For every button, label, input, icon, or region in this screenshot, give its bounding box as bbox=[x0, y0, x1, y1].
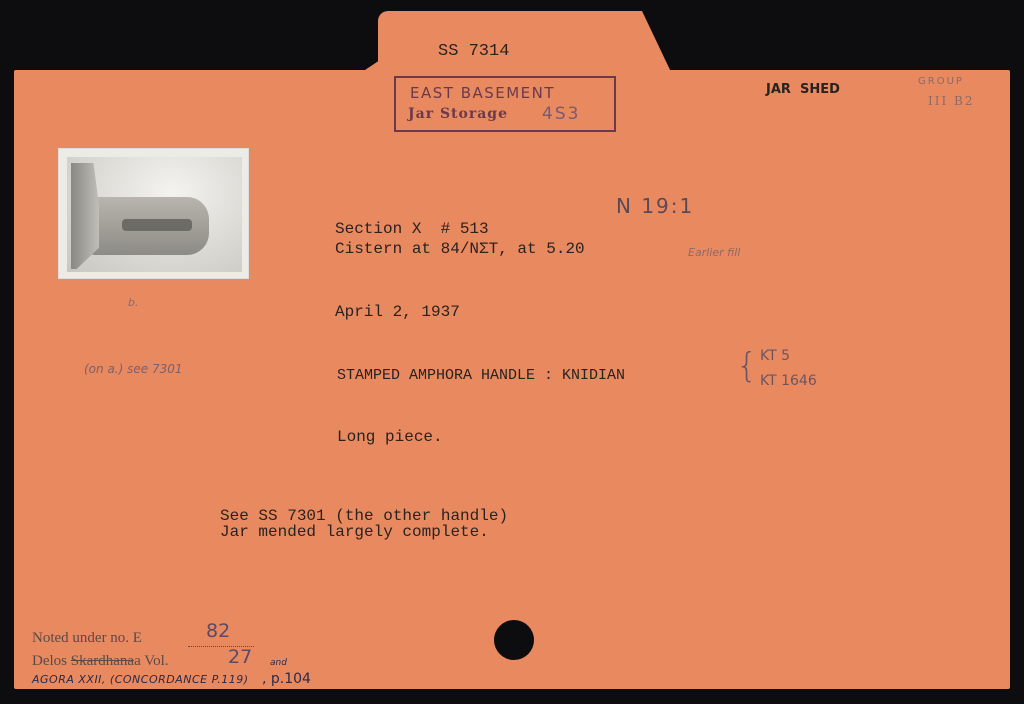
catalog-number: SS 7314 bbox=[438, 42, 509, 61]
note-long-piece: Long piece. bbox=[337, 428, 443, 446]
date-line: April 2, 1937 bbox=[335, 303, 460, 321]
stamp-storage: Jar Storage bbox=[408, 106, 508, 122]
vol-value: 27 bbox=[228, 646, 252, 668]
agora-page: , p.104 bbox=[262, 671, 311, 687]
section-line: Section X # 513 bbox=[335, 220, 489, 238]
artifact-photo bbox=[58, 148, 249, 279]
stamp-handwritten-number: 4S3 bbox=[542, 104, 580, 124]
description-line: STAMPED AMPHORA HANDLE : KNIDIAN bbox=[337, 367, 625, 384]
cistern-note: Earlier fill bbox=[688, 246, 740, 259]
card-punch-hole bbox=[494, 620, 534, 660]
mended-line: Jar mended largely complete. bbox=[220, 523, 489, 541]
kt-ref-1: KT 5 bbox=[760, 348, 790, 364]
delos-line: Delos Skardhanaa Vol. bbox=[32, 653, 169, 670]
vol-label: Vol. bbox=[144, 653, 168, 669]
handle-stamp-impression bbox=[122, 219, 192, 231]
margin-note-see: (on a.) see 7301 bbox=[84, 362, 182, 376]
group-label: GROUP bbox=[918, 76, 964, 87]
noted-label: Noted under no. E bbox=[32, 630, 142, 647]
photo-image bbox=[67, 157, 242, 272]
shed-label: SHED bbox=[800, 82, 840, 97]
margin-mark-b: b. bbox=[128, 296, 138, 309]
jar-label: JAR bbox=[766, 82, 791, 97]
delos-struck-word: Skardhana bbox=[71, 653, 134, 669]
handwritten-reference: N 19:1 bbox=[616, 194, 694, 218]
tab-edge-right bbox=[630, 11, 670, 73]
agora-and: and bbox=[270, 658, 287, 668]
tab-edge-left bbox=[362, 52, 392, 72]
group-value: III B2 bbox=[928, 94, 975, 108]
stamp-location: EAST BASEMENT bbox=[410, 84, 555, 102]
noted-value: 82 bbox=[206, 620, 230, 642]
agora-reference: AGORA XXII, (CONCORDANCE P.119) bbox=[32, 673, 249, 686]
kt-ref-2: KT 1646 bbox=[760, 373, 817, 389]
brace-mark: { bbox=[736, 346, 758, 386]
delos-label: Delos bbox=[32, 653, 67, 669]
jar-shed-stamp: JAR SHED bbox=[766, 82, 840, 97]
storage-stamp: EAST BASEMENT Jar Storage 4S3 bbox=[394, 76, 616, 132]
cistern-line: Cistern at 84/NΣT, at 5.20 bbox=[335, 240, 585, 258]
